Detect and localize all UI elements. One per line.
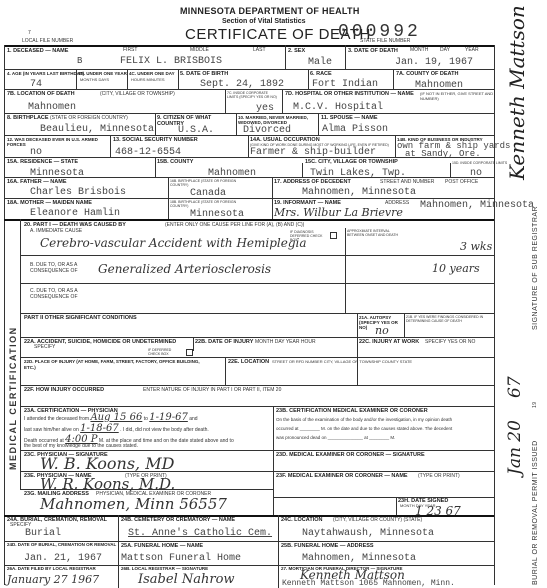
injury-at-work-label: 22c. INJURY AT WORK: [359, 339, 419, 345]
date-of-death: Jan. 19, 1967: [395, 57, 473, 68]
me-name-sub: (TYPE OR PRINT): [418, 473, 460, 479]
local-file-number: 7: [28, 30, 31, 37]
hospital-value: M.C.V. Hospital: [293, 102, 383, 113]
injury-date-sub: MONTH DAY YEAR HOUR: [255, 339, 316, 345]
permit-year-prefix: 19: [532, 401, 538, 408]
burial-location-sub: (CITY, VILLAGE OR COUNTY) (STATE): [333, 517, 422, 523]
middle-label: MIDDLE: [190, 47, 209, 53]
funeral-address-label: 25b. FUNERAL HOME — ADDRESS: [281, 543, 374, 549]
due-to-c-label: C. DUE TO, OR AS A CONSEQUENCE OF: [30, 288, 100, 300]
location-value: Mahnomen: [28, 102, 76, 113]
spouse-value: Alma Pisson: [322, 124, 388, 135]
father-birthplace-label: 16b. BIRTHPLACE (STATE OR FOREIGN COUNTR…: [170, 179, 255, 187]
year-label: YEAR: [465, 47, 479, 53]
marital-label: 10. MARRIED, NEVER MARRIED, WIDOWED, DIV…: [238, 115, 316, 125]
medical-certification-label: MEDICAL CERTIFICATION: [8, 326, 18, 470]
last-seen-date: 1-18-67: [80, 423, 119, 434]
name-prefix: B: [77, 56, 82, 66]
immediate-cause: Cerebro-vascular Accident with Hemiplegi…: [40, 236, 307, 250]
interval-label: APPROXIMATE INTERVAL BETWEEN ONSET AND D…: [347, 229, 407, 237]
day-label: DAY: [440, 47, 450, 53]
under-one-year-sub: MONTHS DAYS: [80, 77, 109, 83]
permit-label: BURIAL OR REMOVAL PERMIT ISSUED: [532, 440, 539, 585]
injury-deferred-checkbox[interactable]: [186, 349, 193, 356]
cert-phys-line1: I attended the deceased from Aug 15 66 t…: [24, 414, 198, 423]
date-of-death-label: 3. DATE OF DEATH: [348, 48, 398, 54]
deceased-name: FELIX L. BRISBOIS: [120, 56, 222, 67]
sub-registrar-label: SIGNATURE OF SUB REGISTRAR: [532, 206, 539, 330]
name-label: 1. DECEASED — NAME: [7, 48, 68, 54]
attended-to: 1-19-67: [149, 412, 188, 423]
part2-label: PART II OTHER SIGNIFICANT CONDITIONS: [24, 315, 137, 321]
injury-location-label: 22e. LOCATION: [228, 359, 269, 365]
father-label: 16a. FATHER — NAME: [7, 179, 67, 185]
birthplace-label: 8. BIRTHPLACE: [7, 115, 49, 121]
injury-place-label: 22d. PLACE OF INJURY (AT HOME, FARM, STR…: [24, 359, 204, 371]
section-title: Section of Vital Statistics: [222, 18, 306, 25]
state-file-label: STATE FILE NUMBER: [360, 38, 410, 44]
accident-sub: SPECIFY: [34, 344, 55, 350]
burial-date-label: 24d. DATE OF BURIAL, CREMATION OR REMOVA…: [7, 542, 117, 547]
cemetery-label: 24b. CEMETERY OR CREMATORY — NAME: [121, 517, 235, 523]
autopsy-value: no: [375, 324, 389, 337]
cert-me-line2: occurred at ________ M. on the date and …: [276, 425, 452, 432]
hospital-sub: (IF NOT IN EITHER, GIVE STREET AND NUMBE…: [420, 91, 495, 101]
burial-date: Jan. 21, 1967: [24, 553, 102, 564]
location-sub: (CITY, VILLAGE OR TOWNSHIP): [100, 91, 175, 97]
cert-me-label: 23b. CERTIFICATION MEDICAL EXAMINER OR C…: [276, 408, 428, 414]
diagnosis-deferred-label: IF DIAGNOSIS DEFERRED CHECK BOX: [290, 230, 330, 242]
local-file-label: LOCAL FILE NUMBER: [22, 38, 73, 44]
last-label: LAST: [253, 47, 266, 53]
findings-label: 21b. IF YES WERE FINDINGS CONSIDERED IN …: [406, 315, 491, 323]
part1-note: (ENTER ONLY ONE CAUSE PER LINE FOR (A), …: [165, 222, 304, 228]
diagnosis-deferred-checkbox[interactable]: [330, 232, 337, 239]
race-label: 6. RACE: [310, 71, 332, 77]
birthplace-sub: (STATE OR FOREIGN COUNTRY): [50, 115, 128, 121]
county-of-death-label: 7a. COUNTY OF DEATH: [396, 71, 458, 77]
cert-me-line1: On the basis of the examination of the b…: [276, 416, 452, 423]
filed-label: 26a. DATE FILED BY LOCAL REGISTRAR: [7, 566, 96, 572]
funeral-home-label: 25a. FUNERAL HOME — NAME: [121, 543, 203, 549]
mother-birthplace-label: 18b. BIRTHPLACE (STATE OR FOREIGN COUNTR…: [170, 200, 255, 208]
permit-year: 67: [505, 376, 525, 398]
location-label: 7b. LOCATION OF DEATH: [7, 91, 75, 97]
cert-text: . I did, did not view the body after dea…: [120, 427, 209, 433]
interval-b: 10 years: [432, 262, 480, 275]
cert-text: last saw him/her alive on: [24, 427, 79, 433]
address-sub1: STREET AND NUMBER: [380, 179, 434, 185]
first-label: FIRST: [123, 47, 137, 53]
residence-state-label: 15a. RESIDENCE — STATE: [7, 159, 78, 165]
injury-how-sub: ENTER NATURE OF INJURY IN PART I OR PART…: [143, 387, 281, 393]
filed-date: January 27 1967: [7, 573, 99, 586]
mailing-address: Mahnomen, Minn 56557: [40, 495, 227, 513]
address-label: 17. ADDRESS OF DECEDENT: [274, 179, 351, 185]
address-sub2: POST OFFICE: [445, 179, 478, 185]
hospital-label: 7d. HOSPITAL OR OTHER INSTITUTION — NAME: [285, 91, 414, 97]
sex-value: Male: [308, 57, 332, 68]
injury-location-sub: STREET OR RFD NUMBER CITY, VILLAGE OR TO…: [272, 359, 412, 365]
me-name-label: 23f. MEDICAL EXAMINER OR CORONER — NAME: [276, 473, 408, 479]
ssn-label: 13. SOCIAL SECURITY NUMBER: [113, 137, 198, 143]
under-one-day-sub: HOURS MINUTES: [131, 77, 165, 83]
inside-limits-label: 7c. INSIDE CORPORATE LIMITS (SPECIFY YES…: [227, 91, 277, 99]
permit-date: Jan 20: [505, 420, 525, 475]
sex-label: 2. SEX: [288, 48, 305, 54]
burial-location: Naytahwaush, Minnesota: [302, 528, 434, 539]
armed-forces-label: 12. WAS DECEASED EVER IN U.S. ARMED FORC…: [7, 137, 107, 147]
due-to-b-label: B. DUE TO, OR AS A CONSEQUENCE OF: [30, 262, 100, 274]
funeral-address: Mahnomen, Minnesota: [302, 553, 416, 564]
dob-label: 5. DATE OF BIRTH: [180, 71, 228, 77]
age-label: 4. AGE (IN YEARS LAST BIRTHDAY): [7, 71, 84, 77]
residence-limits-label: 15d. INSIDE CORPORATE LIMITS: [452, 160, 507, 166]
mother-value: Eleanore Hamlin: [30, 208, 120, 219]
funeral-home: Mattson Funeral Home: [121, 553, 241, 564]
cert-text: I attended the deceased from: [24, 416, 89, 422]
burial-location-label: 24c. LOCATION: [281, 517, 322, 523]
spouse-label: 11. SPOUSE — NAME: [321, 115, 378, 121]
informant-address-label: ADDRESS: [385, 200, 409, 206]
cert-text: to: [144, 416, 148, 422]
mortician-typed: Kenneth Mattson 1065 Mahnomen, Minn.: [282, 579, 455, 588]
address-value: Mahnomen, Minnesota: [302, 187, 416, 198]
immediate-cause-label: A. IMMEDIATE CAUSE: [30, 228, 82, 234]
cert-phys-line4: the best of my knowledge due to the caus…: [24, 443, 138, 450]
cert-me-line3: was pronounced dead on ______________ at…: [276, 434, 395, 441]
interval-a: 3 wks: [460, 240, 492, 253]
father-value: Charles Brisbois: [30, 187, 126, 198]
deferred-label: IF DEFERRED CHECK BOX: [148, 348, 183, 356]
cert-text: and: [189, 416, 197, 422]
cause-b: Generalized Arteriosclerosis: [98, 262, 271, 276]
me-sig-label: 23d. MEDICAL EXAMINER OR CORONER — SIGNA…: [276, 452, 425, 458]
residence-county-label: 15b. COUNTY: [157, 159, 193, 165]
sub-registrar-signature: Kenneth Mattson: [505, 5, 529, 180]
month-label: MONTH: [410, 47, 428, 53]
attended-from: Aug 15 66: [90, 412, 142, 423]
residence-city-label: 15c. CITY, VILLAGE OR TOWNSHIP: [305, 159, 398, 165]
agency-title: MINNESOTA DEPARTMENT OF HEALTH: [180, 6, 360, 16]
injury-date-label: 22b. DATE OF INJURY: [195, 339, 253, 345]
registrar-signature: Isabel Nahrow: [138, 572, 235, 587]
informant-address: Mahnomen, Minnesota: [420, 200, 534, 211]
mother-label: 18a. MOTHER — MAIDEN NAME: [7, 200, 92, 206]
injury-at-work-sub: SPECIFY YES OR NO: [425, 339, 475, 345]
cemetery-value: St. Anne's Catholic Cem.: [128, 528, 272, 539]
burial-value: Burial: [25, 528, 61, 539]
birthplace-value: Beaulieu, Minnesota: [40, 124, 154, 135]
informant-signature: Mrs. Wilbur La Brievre: [274, 206, 403, 219]
injury-how-label: 22f. HOW INJURY OCCURRED: [24, 387, 104, 393]
cert-phys-line2: last saw him/her alive on 1-18-67 . I di…: [24, 425, 209, 434]
